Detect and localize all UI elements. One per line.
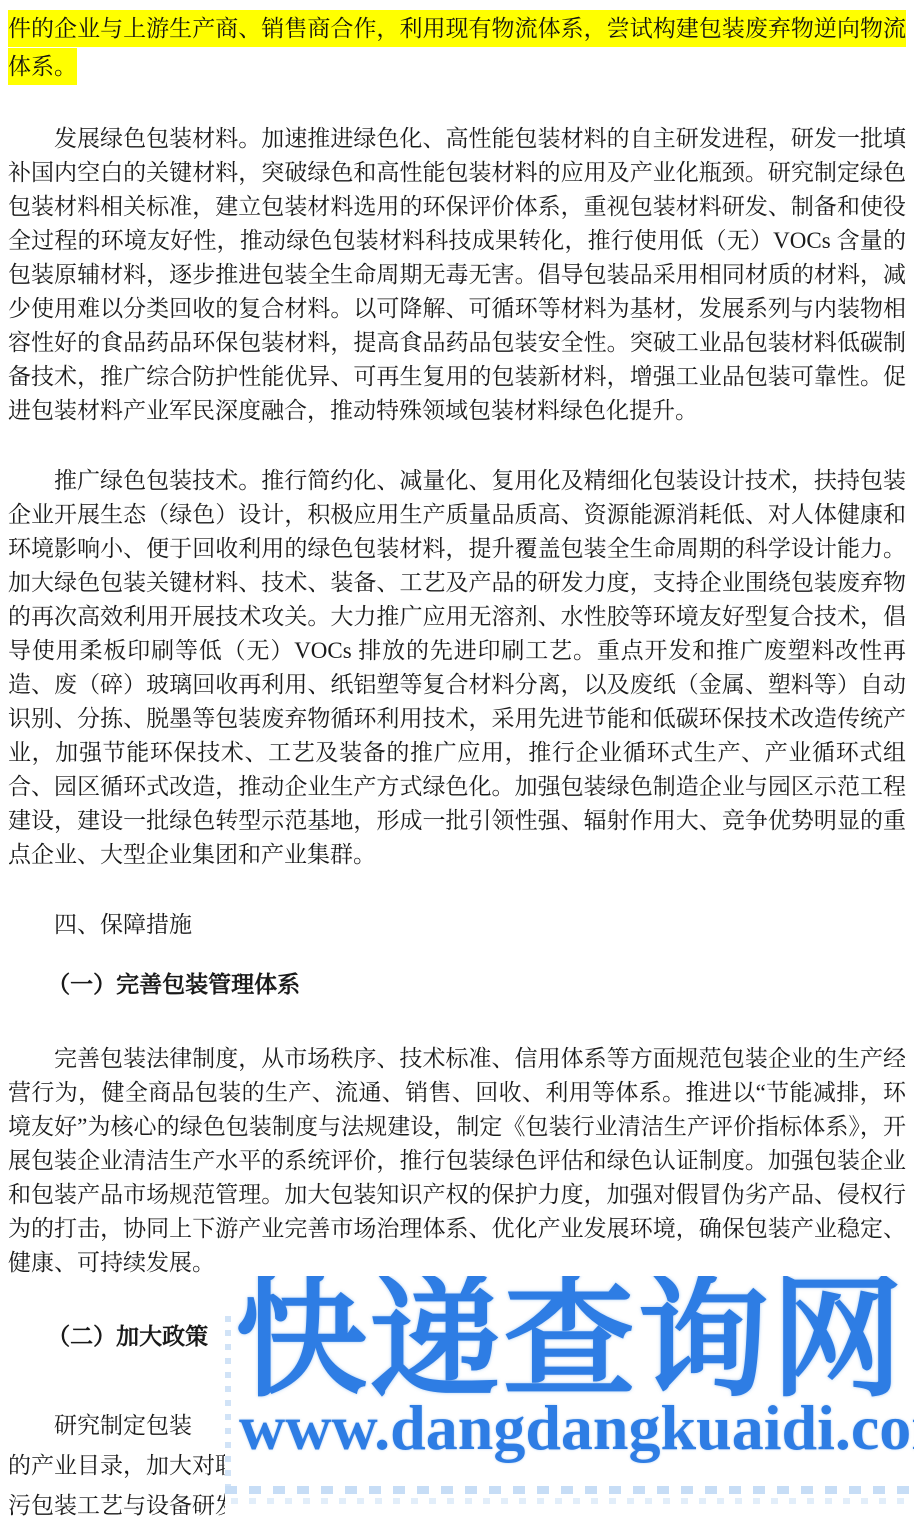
watermark-bottom-noise	[225, 1484, 914, 1506]
paragraph-green-technology: 推广绿色包装技术。推行简约化、减量化、复用化及精细化包装设计技术，扶持包装企业开…	[8, 464, 906, 872]
watermark-block: 快递查询网 www.dangdangkuaidi.com	[225, 1276, 914, 1530]
section-heading-safeguards: 四、保障措施	[8, 908, 906, 942]
highlighted-paragraph: 件的企业与上游生产商、销售商合作，利用现有物流体系，尝试构建包装废弃物逆向物流体…	[8, 10, 906, 86]
document-page: 件的企业与上游生产商、销售商合作，利用现有物流体系，尝试构建包装废弃物逆向物流体…	[0, 0, 914, 1530]
watermark-site-url: www.dangdangkuaidi.com	[239, 1392, 914, 1464]
subsection-heading-management-system: （一）完善包装管理体系	[8, 968, 906, 1002]
watermark-edge-noise	[225, 1316, 231, 1486]
highlight-mark: 件的企业与上游生产商、销售商合作，利用现有物流体系，尝试构建包装废弃物逆向物流体…	[8, 10, 906, 85]
paragraph-green-materials: 发展绿色包装材料。加速推进绿色化、高性能包装材料的自主研发进程，研发一批填补国内…	[8, 122, 906, 428]
watermark-site-name: 快递查询网	[235, 1276, 905, 1410]
paragraph-legal-system: 完善包装法律制度，从市场秩序、技术标准、信用体系等方面规范包装企业的生产经营行为…	[8, 1042, 906, 1280]
